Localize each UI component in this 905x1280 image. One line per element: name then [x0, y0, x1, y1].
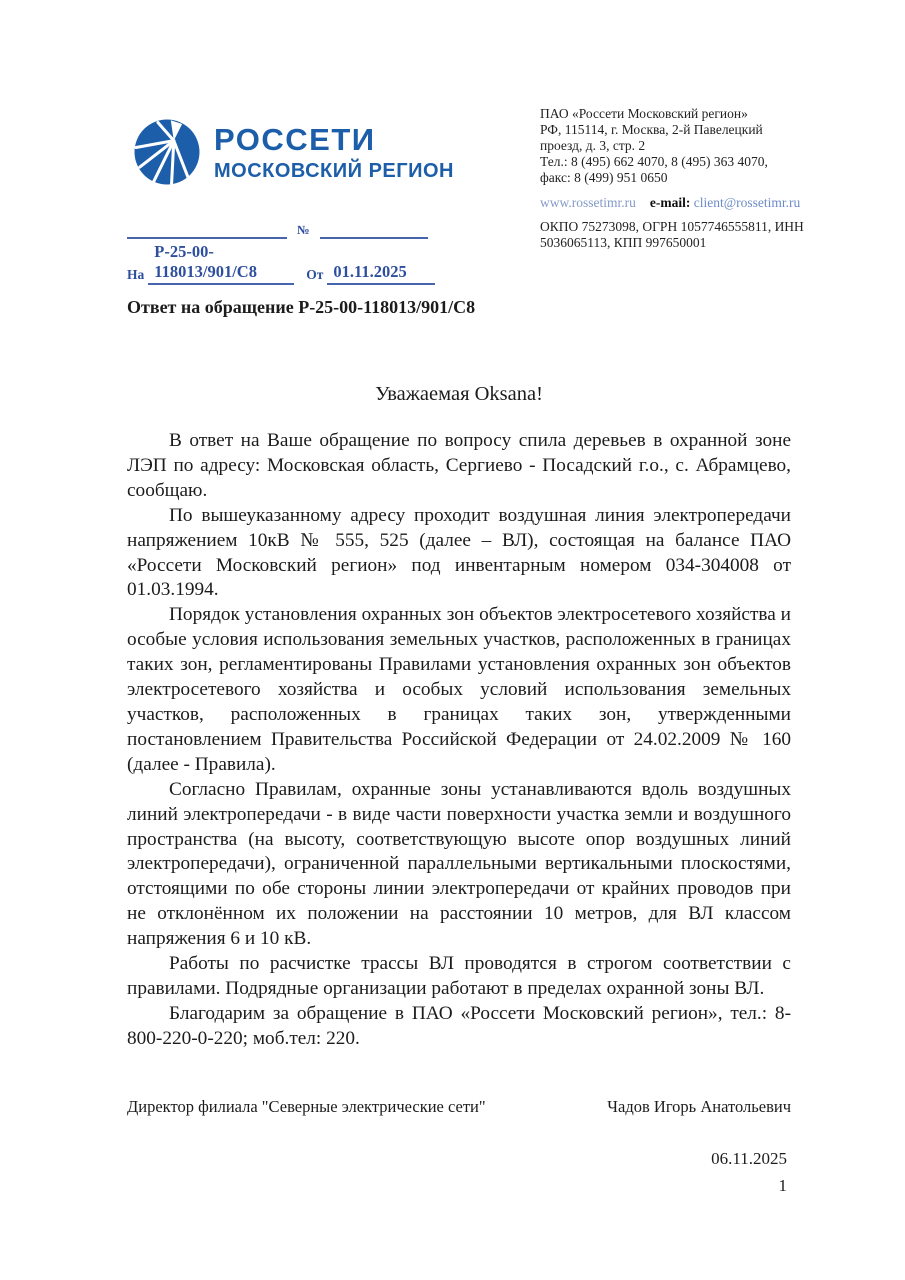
logo-title: РОССЕТИ [214, 124, 454, 155]
contact-block: ПАО «Россети Московский регион» РФ, 1151… [540, 106, 864, 251]
email-link[interactable]: client@rossetimr.ru [694, 195, 801, 210]
rosseti-globe-icon [133, 118, 201, 186]
subject-line: Ответ на обращение Р-25-00-118013/901/С8 [127, 297, 791, 318]
number-sign-label: № [297, 223, 310, 238]
website-link[interactable]: www.rossetimr.ru [540, 195, 636, 210]
rosseti-logo: РОССЕТИ МОСКОВСКИЙ РЕГИОН [133, 118, 454, 186]
signature-position: Директор филиала "Северные электрические… [127, 1097, 486, 1117]
outgoing-ref-row: № [127, 222, 435, 239]
body-paragraph: По вышеуказанному адресу проходит воздуш… [127, 504, 791, 604]
logo-subtitle: МОСКОВСКИЙ РЕГИОН [214, 161, 454, 181]
contact-line-address1: РФ, 115114, г. Москва, 2-й Павелецкий [540, 122, 864, 138]
letter-page: РОССЕТИ МОСКОВСКИЙ РЕГИОН ПАО «Россети М… [0, 0, 905, 1280]
body-paragraph: Порядок установления охранных зон объект… [127, 603, 791, 777]
contact-line-address2: проезд, д. 3, стр. 2 [540, 138, 864, 154]
signature-row: Директор филиала "Северные электрические… [127, 1097, 791, 1117]
letter-date: 06.11.2025 [127, 1149, 787, 1169]
logo-wordmark: РОССЕТИ МОСКОВСКИЙ РЕГИОН [214, 124, 454, 181]
registry-text: ОКПО 75273098, ОГРН 1057746555811, ИНН 5… [540, 219, 864, 251]
letter-body: В ответ на Ваше обращение по вопросу спи… [127, 429, 791, 1052]
reference-block: № На Р-25-00-118013/901/С8 От 01.11.2025 [127, 222, 435, 285]
contact-line-org: ПАО «Россети Московский регион» [540, 106, 864, 122]
body-paragraph: Работы по расчистке трассы ВЛ проводятся… [127, 952, 791, 1002]
outgoing-number-blank-line [127, 222, 287, 239]
body-paragraph: Благодарим за обращение в ПАО «Россети М… [127, 1002, 791, 1052]
salutation: Уважаемая Oksana! [127, 383, 791, 406]
incoming-ref-label: На [127, 267, 144, 285]
signature-name: Чадов Игорь Анатольевич [607, 1097, 791, 1117]
incoming-date-value: 01.11.2025 [327, 262, 435, 285]
contact-line-phones: Тел.: 8 (495) 662 4070, 8 (495) 363 4070… [540, 154, 864, 170]
incoming-date-label: От [306, 267, 323, 285]
email-label: e-mail: [650, 195, 690, 210]
page-number: 1 [127, 1176, 787, 1196]
incoming-ref-number: Р-25-00-118013/901/С8 [148, 242, 294, 285]
outgoing-date-blank-line [320, 222, 428, 239]
contact-line-fax: факс: 8 (499) 951 0650 [540, 170, 864, 186]
body-paragraph: В ответ на Ваше обращение по вопросу спи… [127, 429, 791, 504]
incoming-ref-row: На Р-25-00-118013/901/С8 От 01.11.2025 [127, 242, 435, 285]
body-paragraph: Согласно Правилам, охранные зоны устанав… [127, 778, 791, 952]
